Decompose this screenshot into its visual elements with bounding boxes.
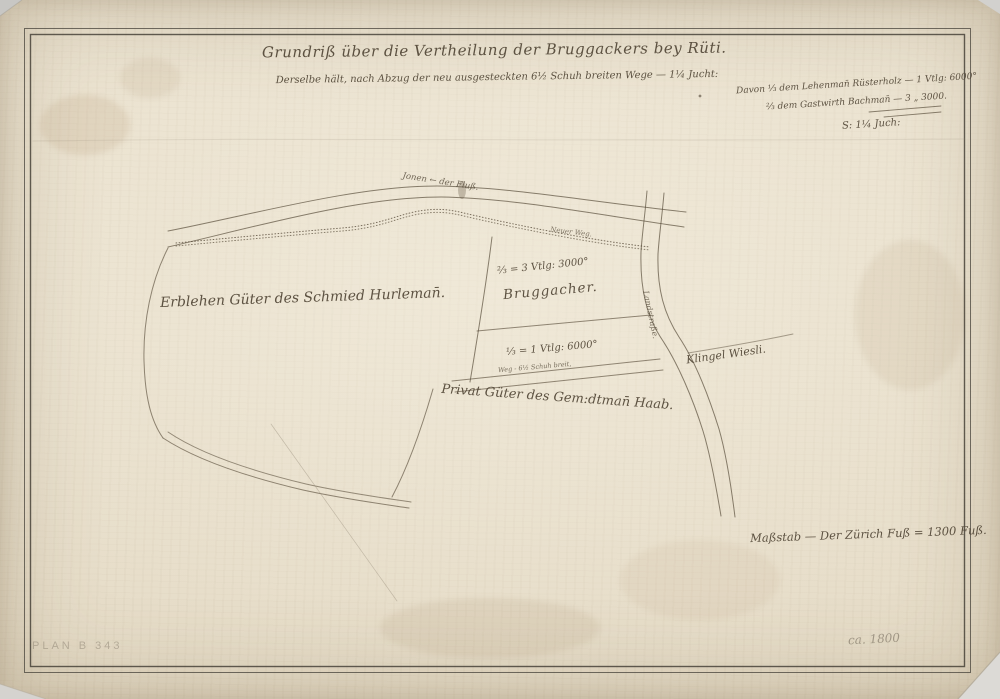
river-upper-bank	[168, 186, 686, 231]
ink-speck	[699, 95, 702, 98]
lower-path-line	[168, 432, 411, 502]
paper-crease	[271, 424, 397, 601]
corner-top-right	[978, 0, 1000, 14]
lower-path-line	[163, 438, 409, 508]
river-lower-bank	[168, 197, 684, 247]
date-annotation: ca. 1800	[848, 632, 901, 648]
sum-underline	[869, 106, 941, 112]
sum-underline	[884, 112, 941, 117]
left-field-boundary	[144, 248, 168, 438]
border-outer	[25, 29, 971, 673]
plan-document: Grundriß über die Vertheilung der Brugga…	[0, 0, 1000, 699]
parcel-boundary-lower	[392, 389, 433, 497]
border-inner	[31, 35, 965, 667]
paper-crease	[33, 139, 965, 141]
archive-stamp: PLAN B 343	[32, 640, 123, 652]
parcel-boundary-vertical	[470, 237, 492, 382]
parcel-boundary-horizontal	[477, 315, 651, 331]
